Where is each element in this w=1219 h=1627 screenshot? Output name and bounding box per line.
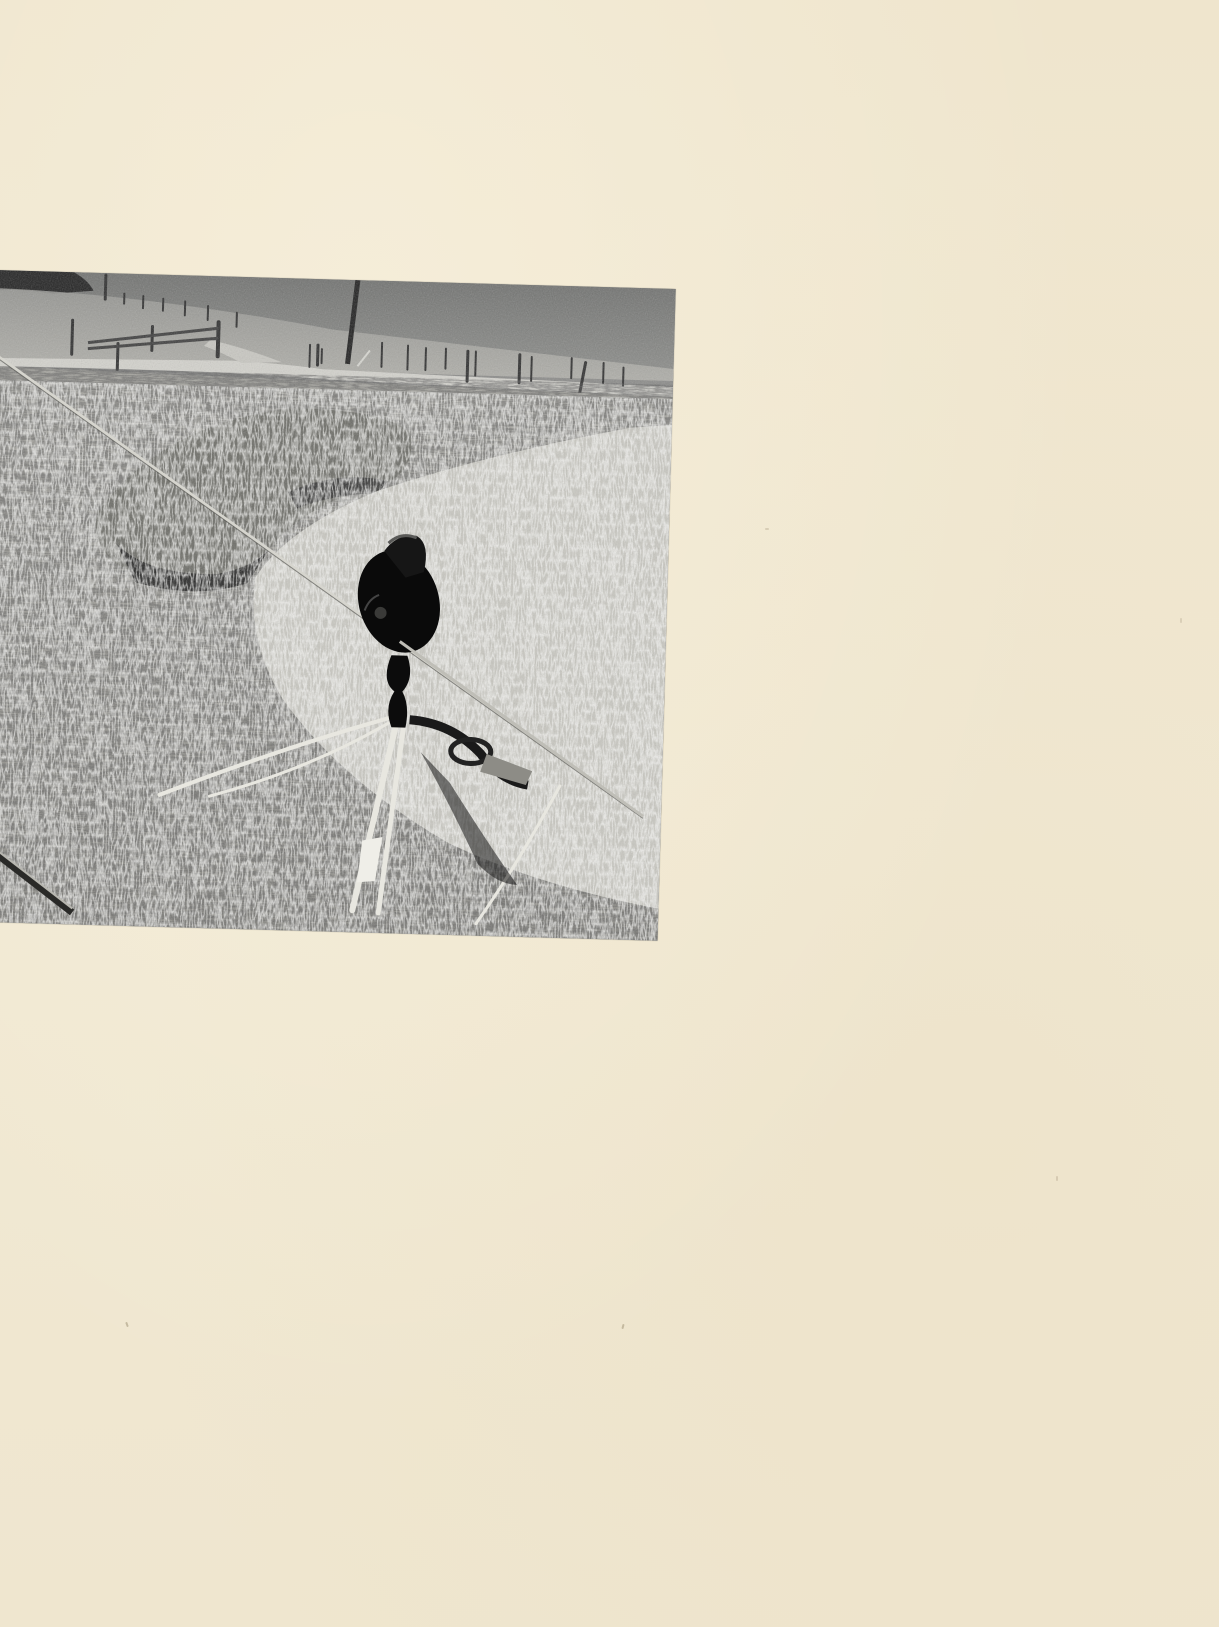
- photograph: [0, 270, 676, 941]
- paper-speck: [765, 528, 769, 530]
- photograph-image: [0, 270, 676, 941]
- paper-speck: [621, 1324, 624, 1329]
- paper-speck: [125, 1322, 129, 1327]
- film-grain: [0, 270, 676, 941]
- paper-speck: [1056, 1176, 1058, 1181]
- paper-speck: [1180, 618, 1182, 623]
